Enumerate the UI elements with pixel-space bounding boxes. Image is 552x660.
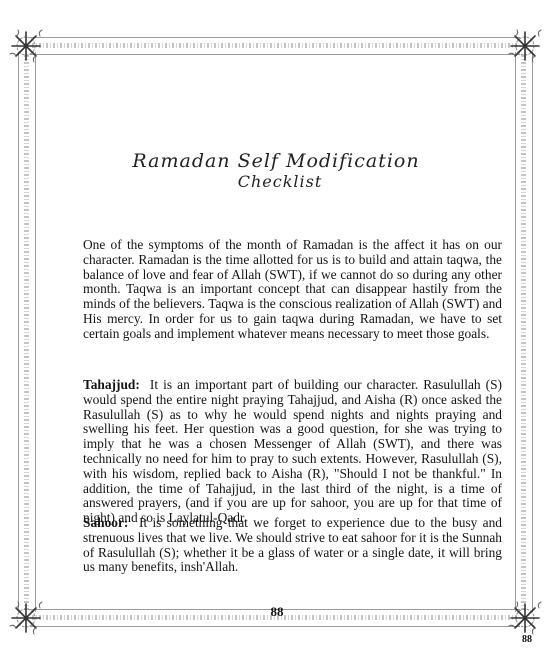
corner-page-number: 88 <box>522 634 532 645</box>
paragraph-heading: Tahajjud: <box>83 377 140 392</box>
page-title: Ramadan Self Modification Checklist <box>0 150 552 192</box>
intro-paragraph: One of the symptoms of the month of Rama… <box>83 238 502 342</box>
sahoor-paragraph: Sahoor: It is something that we forget t… <box>83 516 502 575</box>
paragraph-text: It is an important part of building our … <box>83 377 502 525</box>
frame-border-right <box>515 52 533 612</box>
paragraph-heading: Sahoor: <box>83 515 128 530</box>
page-number: 88 <box>262 604 292 620</box>
tahajjud-paragraph: Tahajjud: It is an important part of bui… <box>83 378 502 526</box>
frame-border-left <box>18 52 36 612</box>
title-line-1: Ramadan Self Modification <box>0 150 552 172</box>
frame-border-top <box>30 37 520 55</box>
floral-ornament-icon <box>503 24 547 68</box>
floral-ornament-icon <box>4 596 48 640</box>
paragraph-text: One of the symptoms of the month of Rama… <box>83 237 502 341</box>
paragraph-text: It is something that we forget to experi… <box>83 515 502 574</box>
document-page: Ramadan Self Modification Checklist One … <box>0 0 552 660</box>
floral-ornament-icon <box>4 24 48 68</box>
title-line-2: Checklist <box>0 172 552 192</box>
